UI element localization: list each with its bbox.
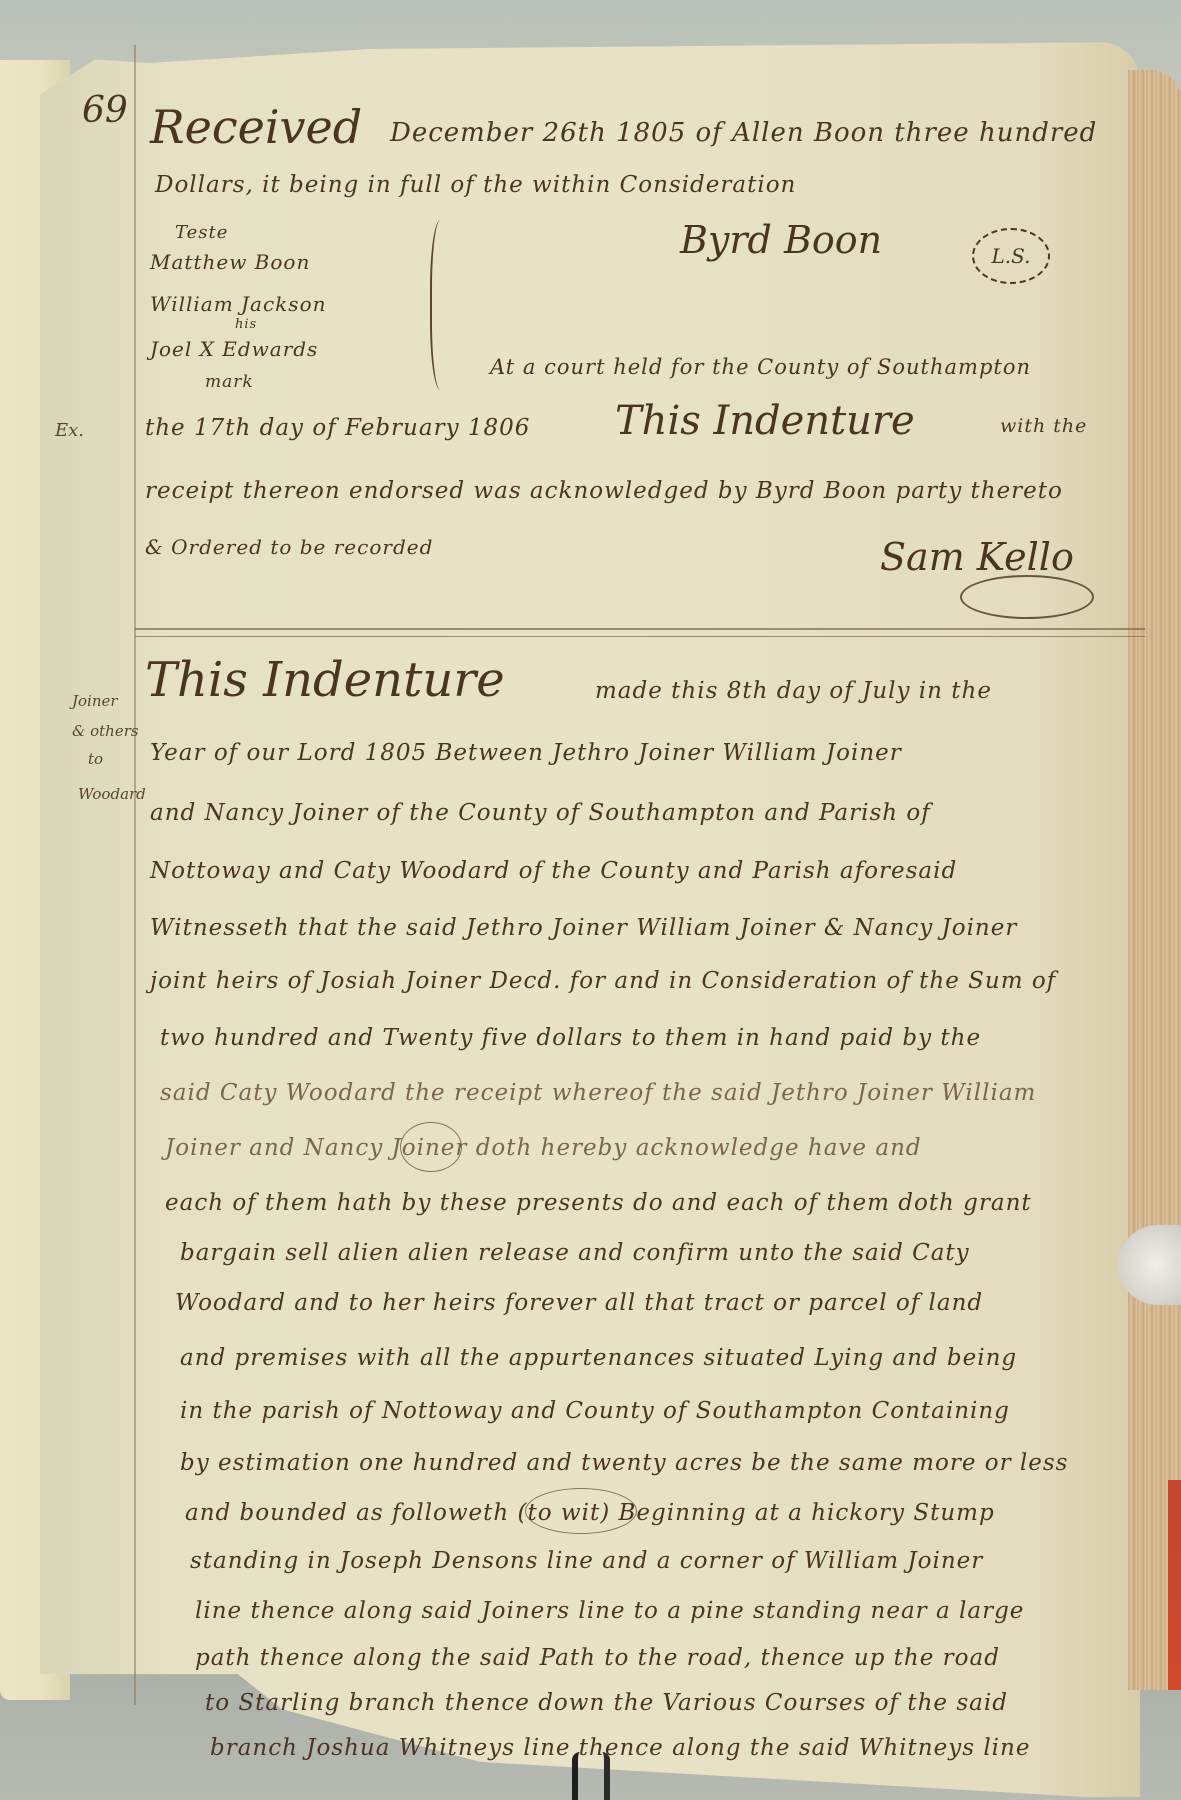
deed-line-13: and premises with all the appurtenances … [180,1345,1017,1371]
page-edges [1128,70,1181,1690]
seal-text: L.S. [992,244,1031,268]
deed-line-6: joint heirs of Josiah Joiner Decd. for a… [150,968,1056,994]
received-heading: Received [150,100,362,154]
deed-margin-note-1: Joiner [72,692,118,710]
deed-heading: This Indenture [145,652,505,708]
circled-word-to-wit [525,1488,637,1534]
red-edge-marbling [1168,1480,1181,1690]
deed-line-18: line thence along said Joiners line to a… [195,1598,1024,1624]
deed-line-10: each of them hath by these presents do a… [165,1190,1032,1216]
deed-line-20: to Starling branch thence down the Vario… [205,1690,1008,1716]
deed-margin-note-4: Woodard [78,785,146,803]
deed-line-5: Witnesseth that the said Jethro Joiner W… [150,915,1017,941]
section-separator [135,628,1145,637]
deed-line-11: bargain sell alien alien release and con… [180,1240,970,1266]
receipt-line-1: December 26th 1805 of Allen Boon three h… [390,118,1097,148]
seal-mark: L.S. [972,228,1050,284]
deed-margin-note-2: & others [72,722,139,740]
witness-2: William Jackson [150,292,326,316]
deed-line-21: branch Joshua Whitneys line thence along… [210,1735,1030,1761]
deed-line-4: Nottoway and Caty Woodard of the County … [150,858,957,884]
acknowledgement-line-start: the 17th day of February 1806 [145,415,530,441]
witness-brace [430,220,456,390]
deed-margin-note-3: to [88,750,103,768]
witness-1: Matthew Boon [150,250,310,274]
deed-line-2: Year of our Lord 1805 Between Jethro Joi… [150,740,902,766]
witness-3: Joel X Edwards [150,337,318,361]
deed-line-17: standing in Joseph Densons line and a co… [190,1548,983,1574]
deed-line-7: two hundred and Twenty five dollars to t… [160,1025,981,1051]
deed-line-8: said Caty Woodard the receipt whereof th… [160,1080,1036,1106]
grantor-signature: Byrd Boon [680,218,882,262]
page-number: 69 [82,90,128,131]
receipt-line-2: Dollars, it being in full of the within … [155,172,796,198]
circled-word-nancy [400,1122,462,1172]
deed-line-3: and Nancy Joiner of the County of Southa… [150,800,931,826]
court-line: At a court held for the County of Southa… [490,355,1031,379]
acknowledgement-line-end: with the [1000,415,1087,437]
receipt-margin-note: Ex. [55,420,84,441]
deed-line-9: Joiner and Nancy Joiner doth hereby ackn… [165,1135,922,1161]
signature-flourish [960,575,1094,619]
clerk-signature: Sam Kello [880,535,1074,579]
mark-his-label: his [235,317,257,332]
acknowledgement-indenture-heading: This Indenture [615,398,915,444]
acknowledgement-line-3: & Ordered to be recorded [145,535,433,559]
teste-label: Teste [175,222,228,243]
margin-rule [134,45,136,1705]
deed-line-14: in the parish of Nottoway and County of … [180,1398,1010,1424]
deed-line-15: by estimation one hundred and twenty acr… [180,1450,1068,1476]
deed-line-12: Woodard and to her heirs forever all tha… [175,1290,983,1316]
deed-line-1: made this 8th day of July in the [595,678,992,704]
mark-label: mark [205,372,254,392]
acknowledgement-line-2: receipt thereon endorsed was acknowledge… [145,478,1063,504]
deed-line-19: path thence along the said Path to the r… [195,1645,1000,1671]
